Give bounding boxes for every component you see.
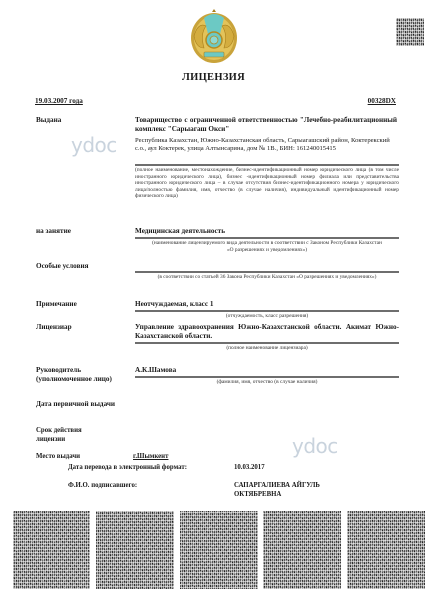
signer-value-line2: ОКТЯБРЕВНА: [234, 490, 320, 499]
signature-barcode-3: [180, 511, 258, 589]
issued-to-label: Выдана: [36, 116, 61, 125]
electronic-date-label: Дата перевода в электронный формат:: [68, 463, 187, 472]
divider: [135, 310, 399, 312]
divider: [135, 237, 399, 239]
first-issue-date-label: Дата первичной выдачи: [36, 400, 115, 409]
head-value: А.К.Шамова: [135, 366, 176, 375]
head-label-line1: Руководитель: [36, 366, 112, 375]
activity-value: Медицинская деятельность: [135, 227, 225, 236]
issued-to-name: Товарищество с ограниченной ответственно…: [135, 116, 397, 134]
note-label: Примечание: [36, 300, 77, 309]
validity-label-line1: Срок действия: [36, 427, 82, 436]
signer-value-line1: САПАРГАЛИЕВА АЙГУЛЬ: [234, 481, 320, 490]
validity-label: Срок действия лицензии: [36, 427, 82, 444]
signature-barcode-5: [347, 511, 425, 589]
signature-barcode-1: [13, 511, 90, 589]
note-value: Неотчуждаемая, класс 1: [135, 300, 213, 309]
licensor-hint: (полное наименование лицензиара): [135, 345, 399, 352]
state-emblem-icon: [190, 8, 238, 64]
activity-label: на занятие: [36, 227, 71, 236]
divider: [135, 164, 399, 166]
head-hint: (фамилия, имя, отчество (в случае наличи…: [135, 379, 399, 386]
special-conditions-label: Особые условия: [36, 262, 89, 271]
place-label: Место выдачи: [36, 452, 80, 461]
signer-label: Ф.И.О. подписавшего:: [68, 481, 137, 490]
place-value: г.Шымкент: [133, 452, 168, 461]
document-title: ЛИЦЕНЗИЯ: [0, 72, 427, 83]
special-conditions-hint: (в соответствии со статьей 36 Закона Рес…: [145, 274, 389, 281]
licensor-label: Лицензиар: [36, 323, 72, 332]
electronic-date-value: 10.03.2017: [234, 463, 265, 472]
signature-barcode-4: [263, 511, 341, 589]
divider: [135, 342, 399, 344]
validity-label-line2: лицензии: [36, 436, 82, 445]
signer-value: САПАРГАЛИЕВА АЙГУЛЬ ОКТЯБРЕВНА: [234, 481, 320, 499]
license-date: 19.03.2007 года: [35, 97, 83, 105]
activity-hint: (наименование лицензируемого вида деятел…: [150, 240, 384, 253]
head-label-line2: (уполномоченное лицо): [36, 375, 112, 384]
note-hint: (отчуждаемость, класс разрешения): [135, 313, 399, 320]
qr-code: [396, 18, 424, 46]
watermark: ydoc: [71, 133, 117, 157]
issued-to-hint: (полное наименование, местонахождение, б…: [135, 167, 399, 200]
issued-to-address: Республика Казахстан, Южно-Казахстанская…: [135, 137, 393, 153]
head-label: Руководитель (уполномоченное лицо): [36, 366, 112, 384]
license-number: 00328DX: [368, 97, 396, 105]
divider: [135, 376, 399, 378]
signature-barcode-2: [96, 511, 174, 589]
divider: [135, 271, 399, 273]
licensor-value: Управление здравоохранения Южно-Казахста…: [135, 323, 399, 341]
watermark: ydoc: [292, 434, 338, 458]
